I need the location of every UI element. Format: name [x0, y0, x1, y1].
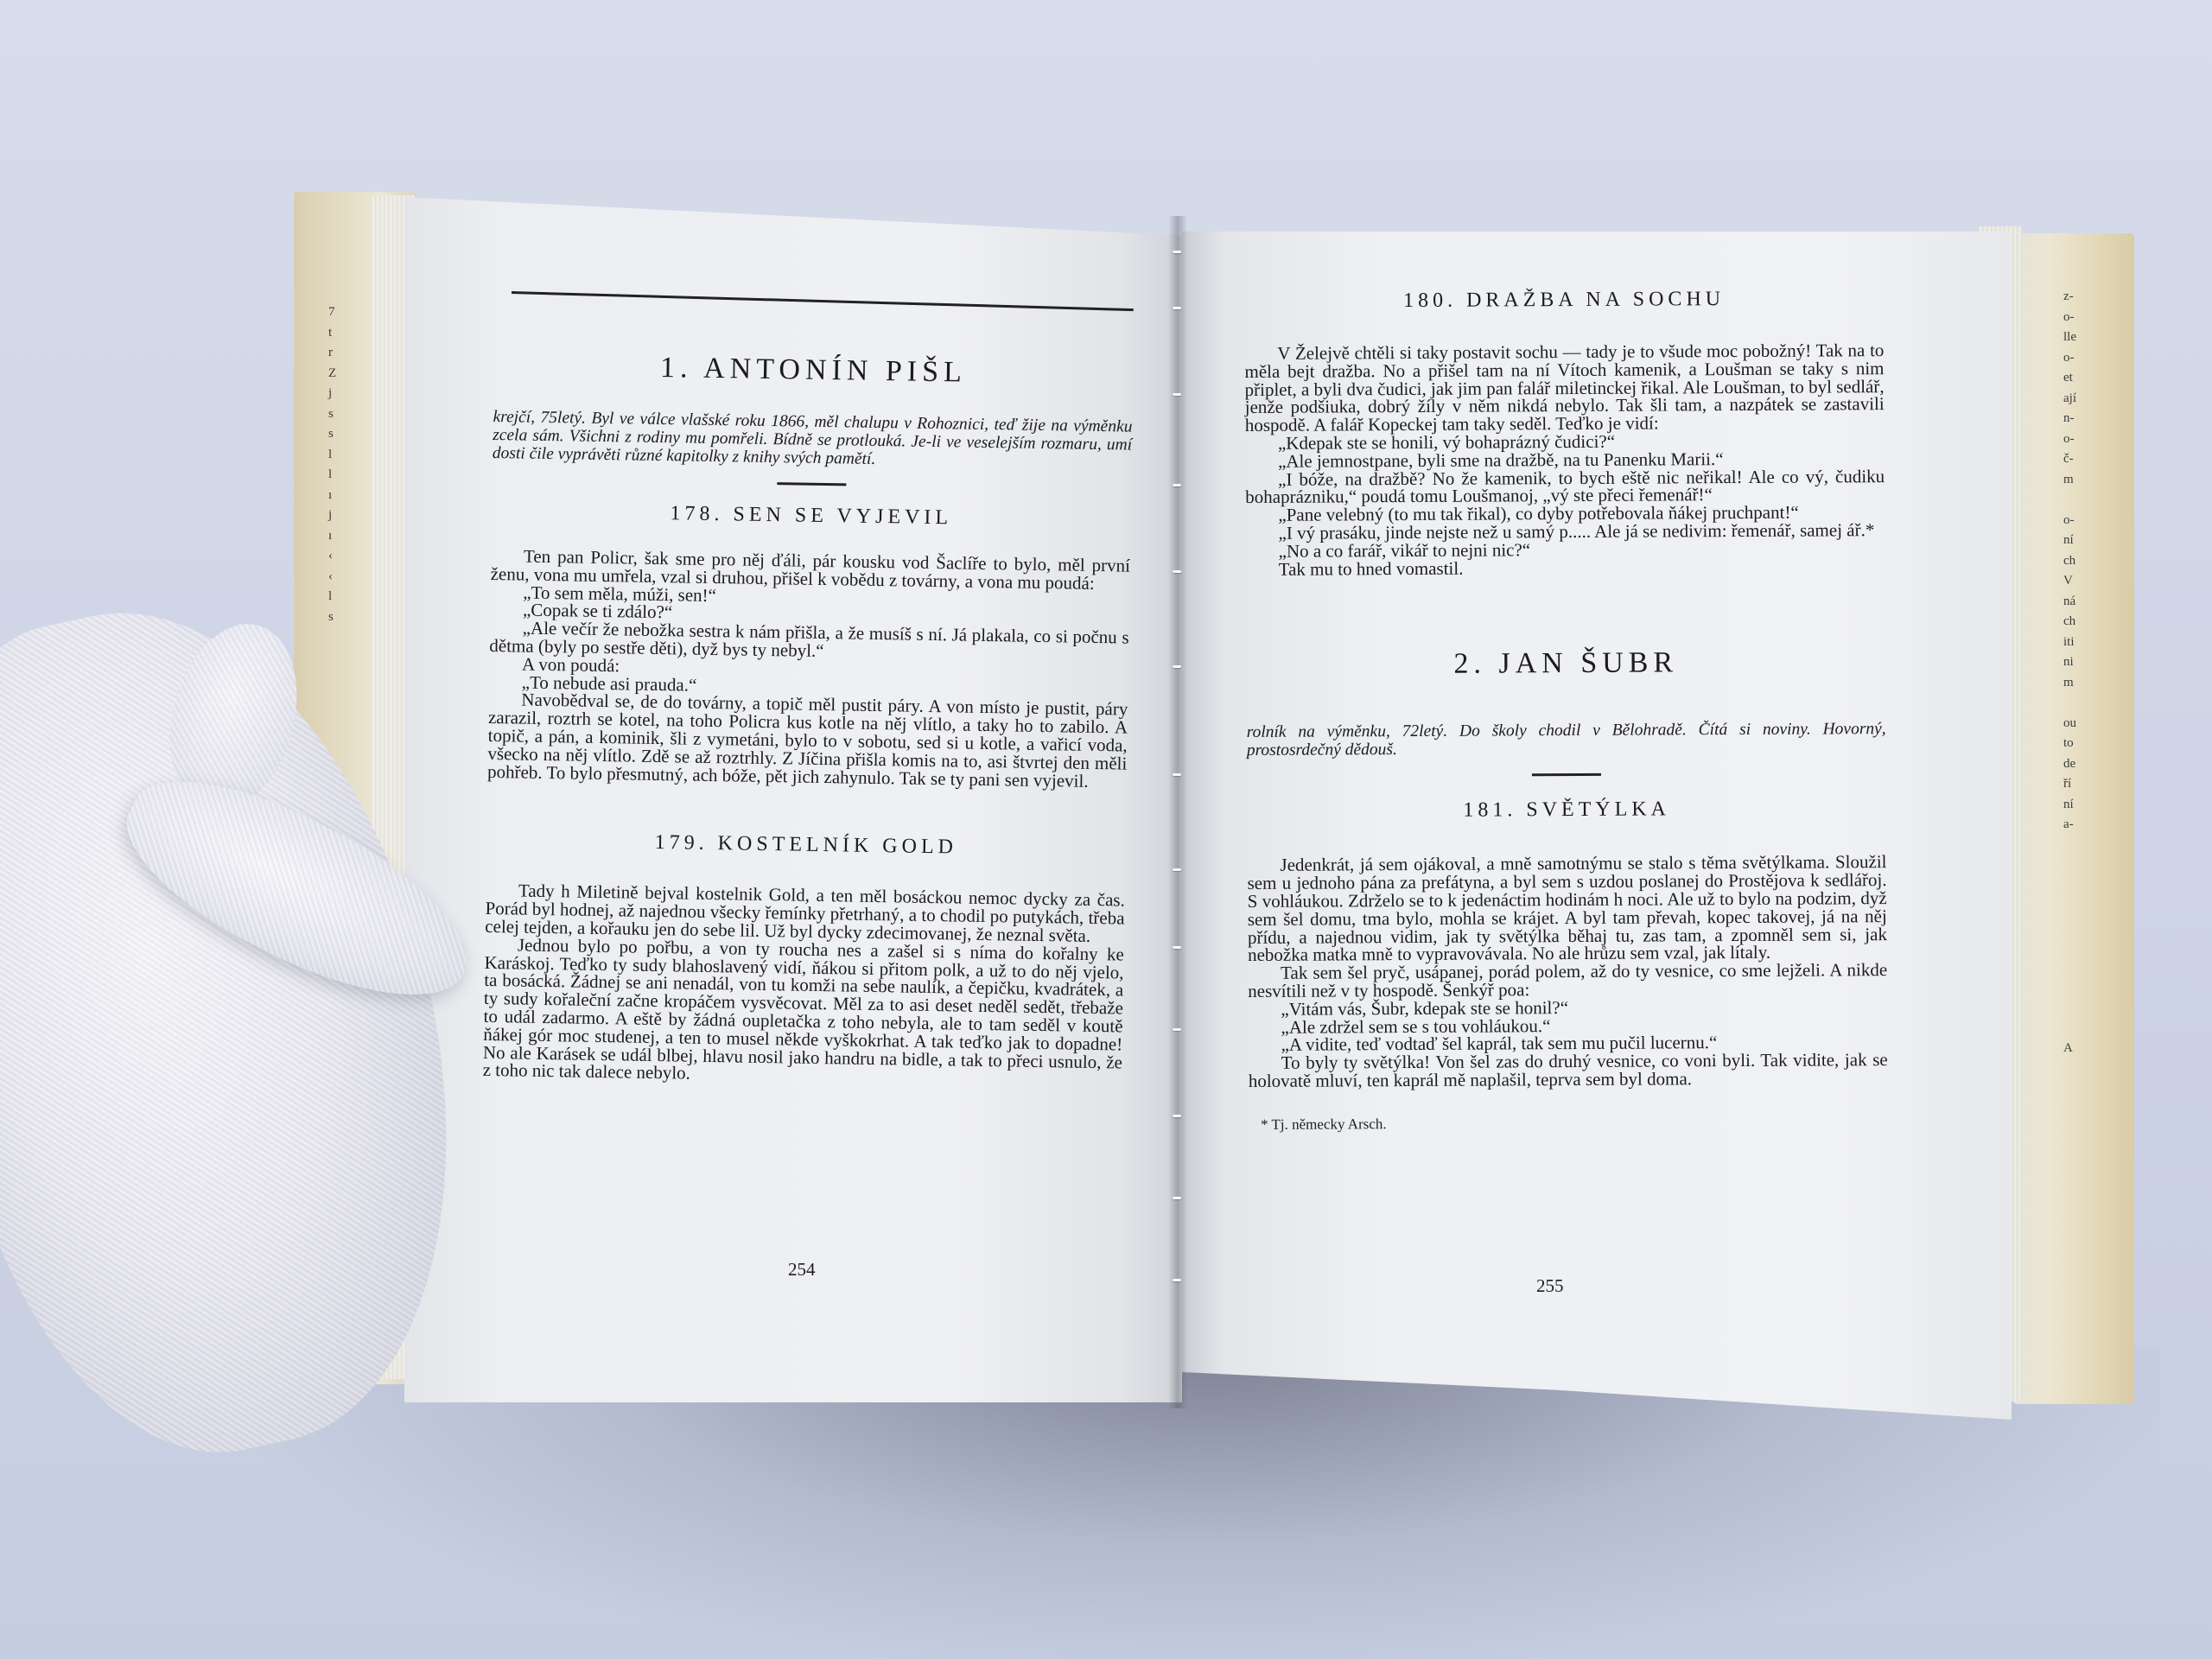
binding-stitch: [1173, 665, 1181, 668]
paragraph: Navobědval se, de do továrny, a topič mě…: [487, 690, 1128, 791]
paragraph: Jednou bylo po pořbu, a von ty roucha ne…: [483, 936, 1125, 1090]
binding-stitch: [1173, 1115, 1181, 1117]
binding-stitch: [1173, 570, 1181, 573]
narrator-bio: krejčí, 75letý. Byl ve válce vlašské rok…: [493, 408, 1133, 473]
story-title: 180. DRAŽBA NA SOCHU: [1244, 287, 1884, 314]
binding-stitch: [1173, 1197, 1181, 1199]
left-page-content: 1. ANTONÍN PIŠL krejčí, 75letý. Byl ve v…: [483, 337, 1134, 1090]
chapter-title: 1. ANTONÍN PIŠL: [493, 349, 1134, 392]
story-title: 181. SVĚTÝLKA: [1247, 797, 1886, 823]
binding-stitch: [1173, 868, 1181, 871]
paragraph: Tak mu to hned vomastil.: [1246, 557, 1885, 579]
binding-stitch: [1173, 1279, 1181, 1281]
binding-stitch: [1173, 251, 1181, 253]
paragraph: To byly ty světýlka! Von šel zas do druh…: [1249, 1051, 1888, 1090]
binding-stitch: [1173, 484, 1181, 486]
story-body: Ten pan Policr, šak sme pro něj ďáli, pá…: [487, 547, 1130, 791]
paragraph: „I vý prasáku, jinde nejste než u samý p…: [1245, 521, 1885, 543]
narrator-bio: rolník na výměnku, 72letý. Do školy chod…: [1247, 720, 1886, 760]
paragraph: V Želejvě chtěli si taky postavit sochu …: [1244, 341, 1885, 435]
paragraph: „I bóže, na dražbě? No že kamenik, to by…: [1245, 467, 1885, 506]
page-number-left: 254: [788, 1259, 816, 1281]
section-divider: [777, 482, 846, 486]
story-body: V Želejvě chtěli si taky postavit sochu …: [1244, 341, 1885, 578]
binding-stitch: [1173, 1028, 1181, 1031]
right-page-content: 180. DRAŽBA NA SOCHU V Želejvě chtěli si…: [1244, 287, 1888, 1134]
binding-stitch: [1173, 773, 1181, 776]
binding-stitch: [1173, 393, 1181, 396]
right-edge-fragments: z- o- lle o- et ají n- o- č- m o- ní ch …: [2063, 287, 2076, 1058]
story-title: 178. SEN SE VYJEVIL: [492, 499, 1131, 533]
footnote: * Tj. německy Arsch.: [1249, 1113, 1888, 1134]
story-title: 179. KOSTELNÍK GOLD: [486, 829, 1126, 862]
story-body: Tady h Miletině bejval kostelnik Gold, a…: [483, 881, 1126, 1089]
binding-stitch: [1173, 307, 1181, 309]
paragraph: Jedenkrát, já sem ojákoval, a mně samotn…: [1247, 853, 1887, 964]
left-edge-fragments: 7 t r Z j s s l l ı j ı ‹ ‹ l s: [328, 302, 336, 627]
chapter-title: 2. JAN ŠUBR: [1246, 645, 1885, 682]
binding-stitch: [1173, 946, 1181, 949]
section-divider: [1532, 773, 1601, 776]
page-number-right: 255: [1536, 1275, 1564, 1297]
paragraph: Tak sem šel pryč, usápanej, porád polem,…: [1248, 961, 1887, 1000]
story-body: Jedenkrát, já sem ojákoval, a mně samotn…: [1247, 853, 1887, 1090]
